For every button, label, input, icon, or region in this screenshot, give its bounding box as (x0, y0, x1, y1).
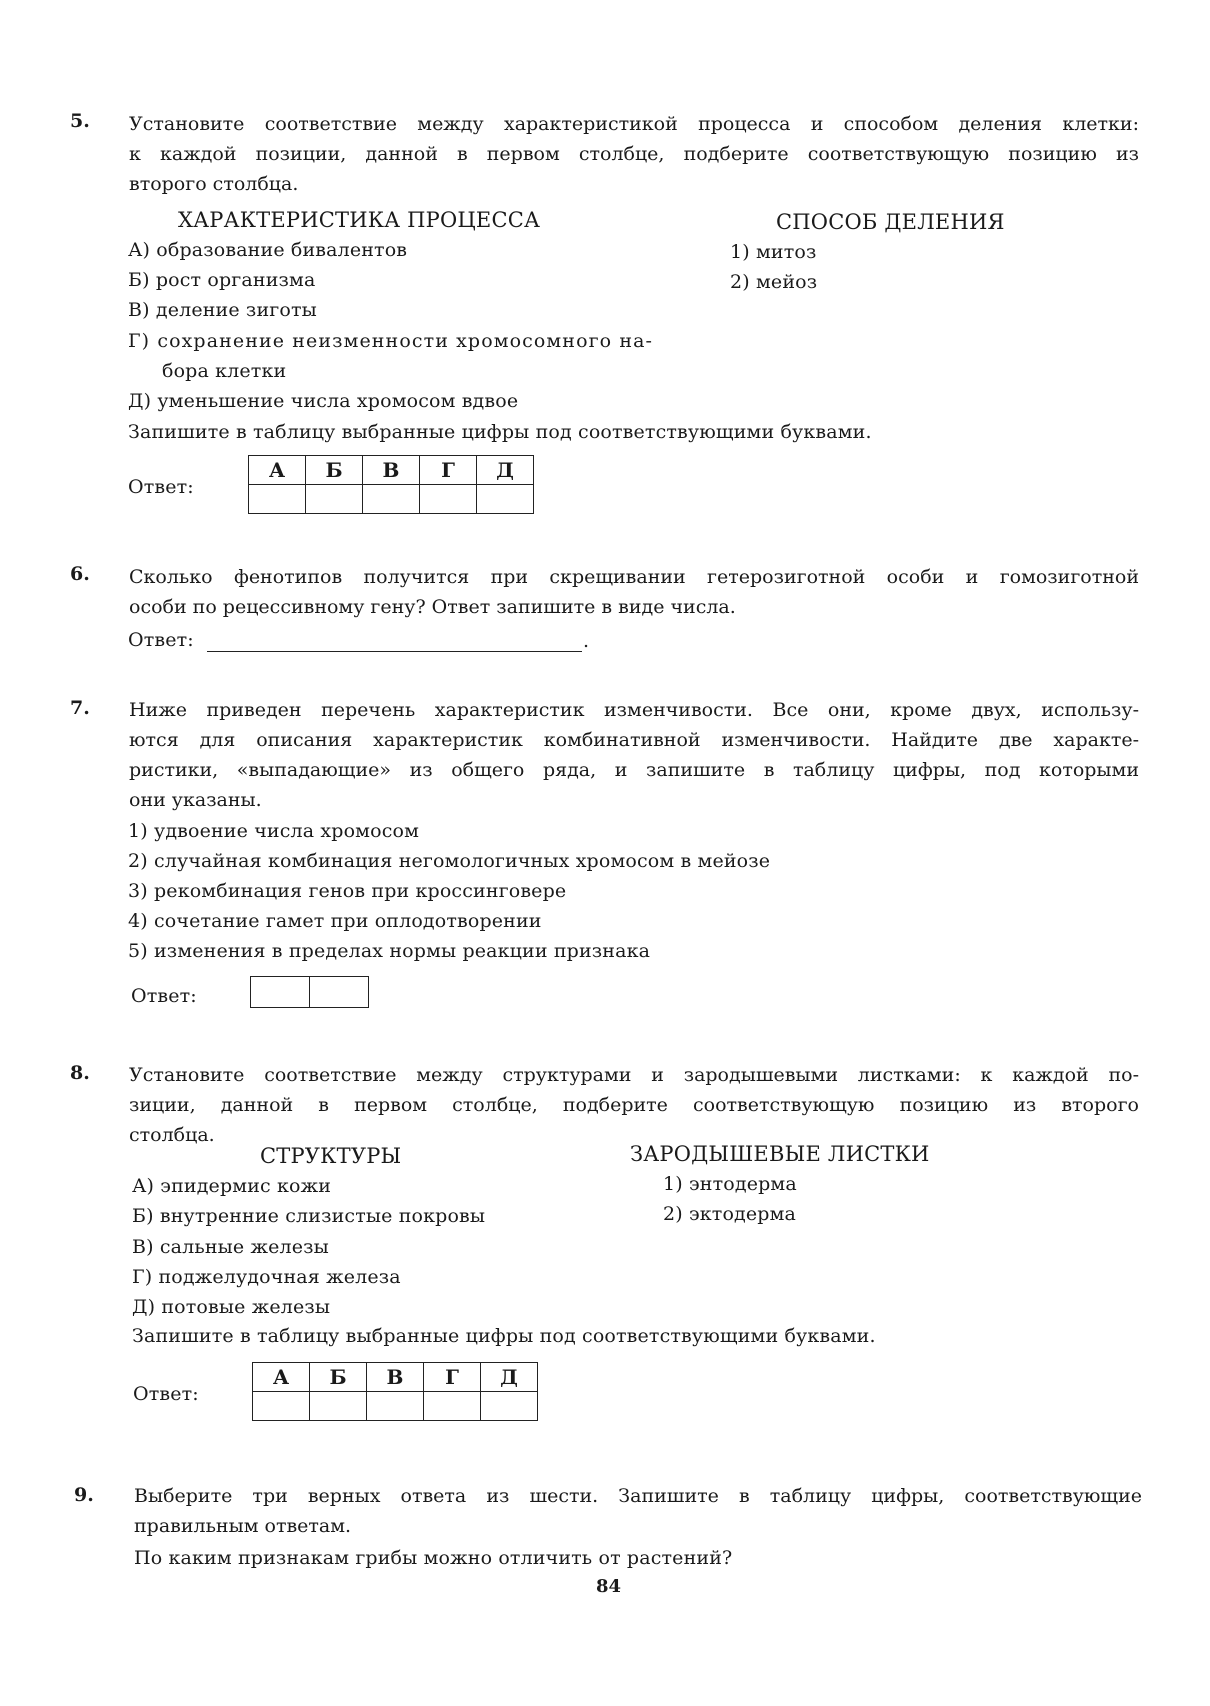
answer-cell[interactable] (420, 485, 477, 514)
list-item: 5) изменения в пределах нормы реакции пр… (128, 940, 650, 962)
option-item: 2) эктодерма (663, 1203, 796, 1225)
question-text: Сколько фенотипов получится при скрещива… (129, 562, 1139, 622)
list-item: бора клетки (162, 360, 286, 382)
list-item: В) сальные железы (132, 1236, 329, 1258)
answer-table: А Б В Г Д (248, 455, 534, 514)
table-header-cell: Б (306, 456, 363, 485)
question-text: Установите соответствие между характерис… (129, 109, 1139, 199)
answer-cell[interactable] (477, 485, 534, 514)
answer-label: Ответ: (128, 629, 194, 651)
textbook-page: 5. Установите соответствие между характе… (0, 0, 1210, 1706)
answer-table: А Б В Г Д (252, 1362, 538, 1421)
answer-cell[interactable] (309, 977, 368, 1007)
answer-cell[interactable] (367, 1392, 424, 1421)
question-number: 6. (70, 563, 90, 585)
column-heading-left: ХАРАКТЕРИСТИКА ПРОЦЕССА (178, 208, 540, 232)
list-item: А) эпидермис кожи (132, 1175, 331, 1197)
list-item: Д) потовые железы (132, 1296, 330, 1318)
answer-boxes (250, 976, 369, 1008)
instruction: Запишите в таблицу выбранные цифры под с… (132, 1325, 876, 1347)
option-item: 1) энтодерма (663, 1173, 797, 1195)
table-header-cell: Д (481, 1363, 538, 1392)
list-item: Г) поджелудочная железа (132, 1266, 401, 1288)
instruction: Запишите в таблицу выбранные цифры под с… (128, 421, 872, 443)
column-heading-right: СПОСОБ ДЕЛЕНИЯ (776, 210, 1005, 234)
table-header-cell: Б (310, 1363, 367, 1392)
table-header-cell: Г (424, 1363, 481, 1392)
list-item: А) образование бивалентов (128, 239, 407, 261)
answer-cell[interactable] (253, 1392, 310, 1421)
answer-cell[interactable] (310, 1392, 367, 1421)
list-item: 3) рекомбинация генов при кроссинговере (128, 880, 566, 902)
table-header-cell: Д (477, 456, 534, 485)
list-item: 1) удвоение числа хромосом (128, 820, 419, 842)
table-header-cell: В (367, 1363, 424, 1392)
list-item: В) деление зиготы (128, 299, 317, 321)
answer-label: Ответ: (128, 476, 194, 498)
answer-cell[interactable] (424, 1392, 481, 1421)
question-text: Выберите три верных ответа из шести. Зап… (134, 1481, 1142, 1541)
answer-label: Ответ: (133, 1383, 199, 1405)
list-item: Б) внутренние слизистые покровы (132, 1205, 485, 1227)
list-item: 4) сочетание гамет при оплодотворении (128, 910, 542, 932)
answer-cell[interactable] (306, 485, 363, 514)
answer-input[interactable] (207, 626, 582, 652)
question-text: Ниже приведен перечень характеристик изм… (129, 695, 1139, 815)
question-prompt: По каким признакам грибы можно отличить … (134, 1547, 732, 1569)
answer-suffix: . (583, 630, 589, 652)
question-number: 5. (70, 110, 90, 132)
table-header-cell: В (363, 456, 420, 485)
table-header-cell: А (253, 1363, 310, 1392)
column-heading-right: ЗАРОДЫШЕВЫЕ ЛИСТКИ (630, 1142, 930, 1166)
answer-cell[interactable] (251, 977, 309, 1007)
table-header-cell: Г (420, 456, 477, 485)
list-item: Б) рост организма (128, 269, 315, 291)
page-number: 84 (596, 1576, 621, 1597)
answer-label: Ответ: (131, 985, 197, 1007)
option-item: 2) мейоз (730, 271, 817, 293)
answer-cell[interactable] (481, 1392, 538, 1421)
option-item: 1) митоз (730, 241, 817, 263)
question-text: Установите соответствие между структурам… (129, 1060, 1139, 1150)
question-number: 9. (74, 1484, 94, 1506)
answer-cell[interactable] (249, 485, 306, 514)
list-item: 2) случайная комбинация негомологичных х… (128, 850, 770, 872)
question-number: 7. (70, 697, 90, 719)
column-heading-left: СТРУКТУРЫ (260, 1144, 401, 1168)
list-item: Г) сохранение неизменности хромосомного … (128, 330, 653, 352)
list-item: Д) уменьшение числа хромосом вдвое (128, 390, 518, 412)
table-header-cell: А (249, 456, 306, 485)
answer-cell[interactable] (363, 485, 420, 514)
question-number: 8. (70, 1062, 90, 1084)
